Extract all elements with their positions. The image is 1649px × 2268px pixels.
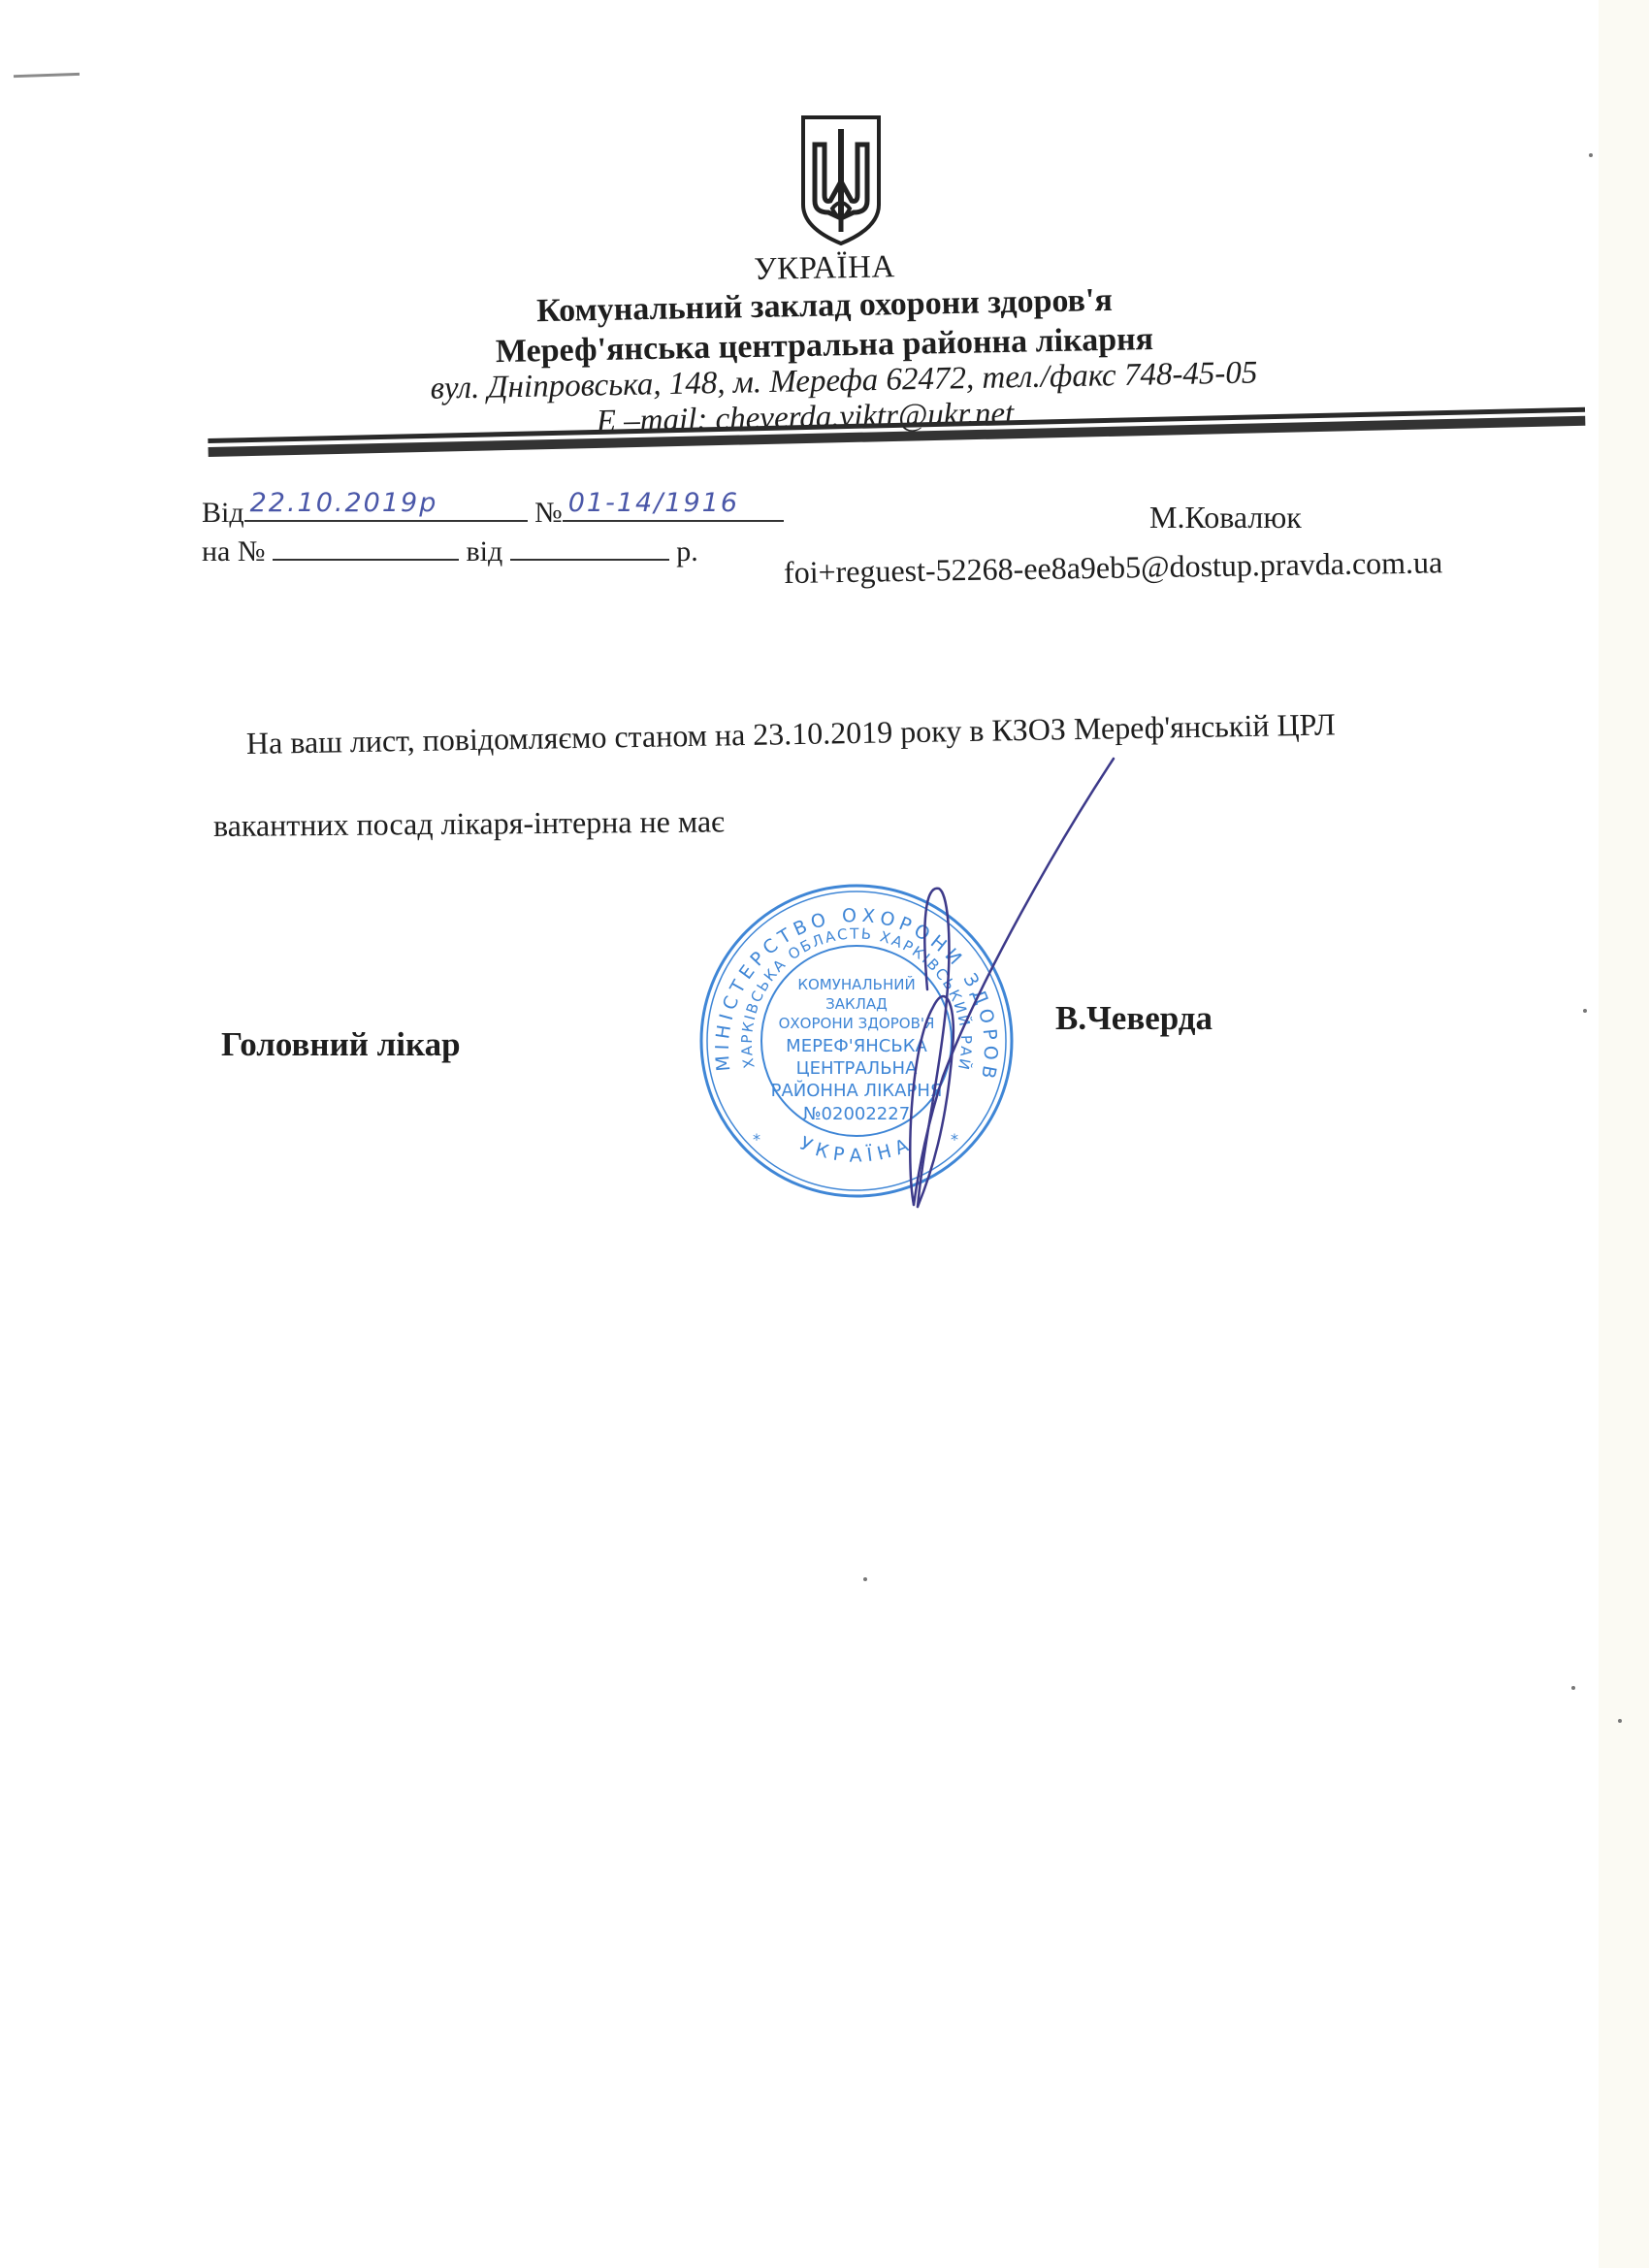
reply-date-field xyxy=(510,532,669,561)
outgoing-registration: Від22.10.2019р №01-14/1916 xyxy=(202,493,784,530)
reply-number-field xyxy=(273,532,459,561)
scan-speck xyxy=(863,1577,867,1581)
body-paragraph-line1: На ваш лист, повідомляємо станом на 23.1… xyxy=(246,706,1336,761)
scan-speck xyxy=(1618,1719,1622,1723)
reply-registration: на № від р. xyxy=(202,532,698,568)
handwritten-signature-icon xyxy=(863,757,1154,1222)
signatory-title: Головний лікар xyxy=(221,1025,461,1064)
handwritten-date: 22.10.2019р xyxy=(250,488,438,518)
year-suffix: р. xyxy=(676,535,698,567)
scan-speck xyxy=(1589,153,1593,157)
reply-from-label: від xyxy=(467,535,503,567)
scan-corner-mark xyxy=(14,73,80,78)
body-paragraph-line2: вакантних посад лікаря-інтерна не має xyxy=(213,803,725,844)
number-label: № xyxy=(534,497,563,529)
reply-number-label: на № xyxy=(202,535,266,567)
svg-text:*: * xyxy=(753,1130,760,1149)
scan-speck xyxy=(1571,1686,1575,1690)
trident-emblem-icon xyxy=(795,112,887,247)
outgoing-date-field: 22.10.2019р xyxy=(244,493,528,522)
handwritten-number: 01-14/1916 xyxy=(568,488,739,518)
recipient-name: М.Ковалюк xyxy=(1149,500,1302,535)
outgoing-number-field: 01-14/1916 xyxy=(563,493,784,522)
recipient-email: foi+reguest-52268-ee8a9eb5@dostup.pravda… xyxy=(784,544,1443,591)
from-label: Від xyxy=(202,497,244,529)
scan-speck xyxy=(1583,1009,1587,1013)
